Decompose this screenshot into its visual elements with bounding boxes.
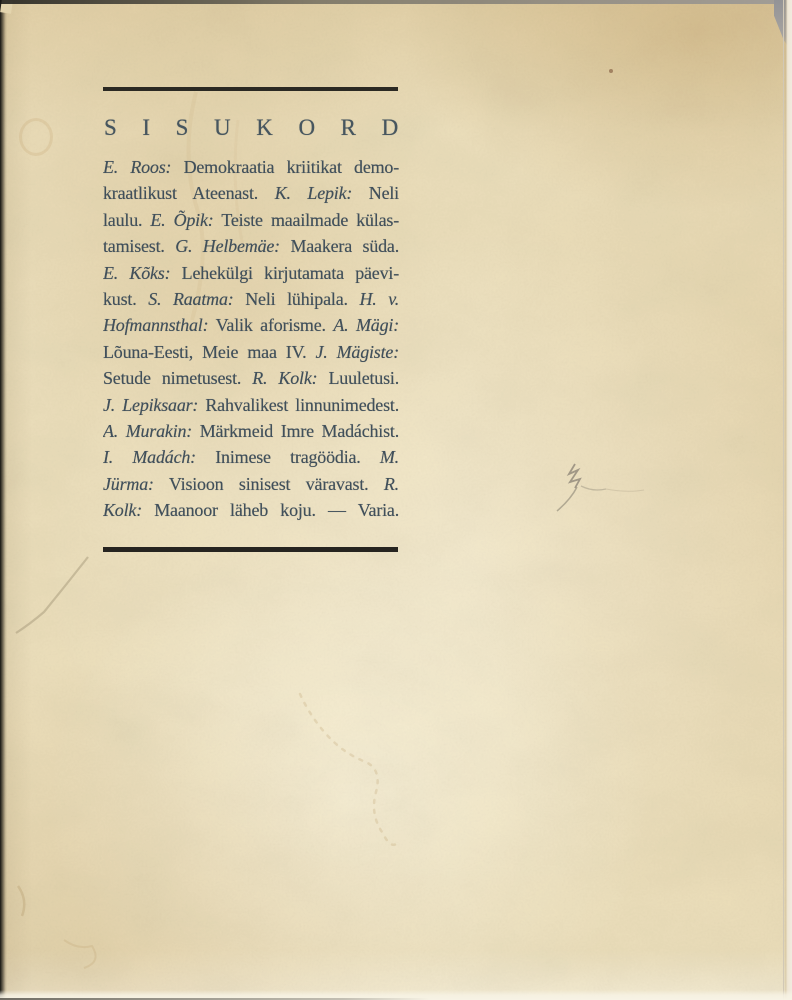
entry-text: Märkmeid Imre Madáchist.: [192, 421, 399, 441]
toc-line: Jürma: Visioon sinisest väravast. R.: [103, 471, 399, 497]
toc-line: Kolk: Maanoor läheb koju. — Varia.: [103, 497, 399, 523]
top-rule: [103, 87, 398, 91]
author-name: A. Mägi:: [333, 315, 399, 335]
entry-text: Lehekülgi kirjutamata päevi-: [170, 263, 399, 283]
fiber-mark: [606, 489, 644, 491]
entry-text: Maanoor läheb koju. — Varia.: [142, 500, 399, 520]
toc-title: SISUKORD: [104, 116, 424, 139]
toc-line: tamisest. G. Helbemäe: Maakera süda.: [103, 233, 399, 259]
fiber-mark: [581, 486, 606, 490]
author-name: A. Murakin:: [103, 421, 192, 441]
entry-text: Neli lühipala.: [234, 289, 360, 309]
entry-text: Rahvalikest linnunimedest.: [198, 395, 399, 415]
author-name: H. v.: [359, 289, 399, 309]
toc-line: E. Kõks: Lehekülgi kirjutamata päevi-: [103, 260, 399, 286]
entry-text: laulu.: [103, 210, 150, 230]
toc-line: laulu. E. Õpik: Teiste maailmade külas-: [103, 207, 399, 233]
entry-text: kraatlikust Ateenast.: [103, 183, 275, 203]
author-name: Hofmannsthal:: [103, 315, 208, 335]
toc-line: E. Roos: Demokraatia kriitikat demo-: [103, 154, 399, 180]
bottom-rule: [103, 547, 398, 552]
crease-stain: [16, 557, 88, 633]
entry-text: Visioon sinisest väravast.: [154, 474, 384, 494]
corner-stain: [18, 886, 24, 916]
author-name: Kolk:: [103, 500, 142, 520]
ink-speck: [609, 69, 613, 73]
author-name: M.: [380, 447, 399, 467]
entry-text: Luuletusi.: [317, 368, 399, 388]
toc-line: I. Madách: Inimese tragöödia. M.: [103, 444, 399, 470]
corner-stain: [64, 940, 96, 968]
toc-line: kraatlikust Ateenast. K. Lepik: Neli: [103, 180, 399, 206]
toc-text: E. Roos: Demokraatia kriitikat demo- kra…: [103, 154, 399, 523]
author-name: R. Kolk:: [252, 368, 317, 388]
toc-line: A. Murakin: Märkmeid Imre Madáchist.: [103, 418, 399, 444]
author-name: G. Helbemäe:: [175, 236, 280, 256]
page-edge-top: [0, 0, 792, 4]
toc-line: kust. S. Raatma: Neli lühipala. H. v.: [103, 286, 399, 312]
entry-text: Lõuna-Eesti, Meie maa IV.: [103, 342, 315, 362]
entry-text: Valik aforisme.: [208, 315, 333, 335]
author-name: S. Raatma:: [148, 289, 233, 309]
author-name: K. Lepik:: [275, 183, 353, 203]
entry-text: Setude nimetusest.: [103, 368, 252, 388]
author-name: Jürma:: [103, 474, 154, 494]
entry-text: kust.: [103, 289, 148, 309]
author-name: J. Lepiksaar:: [103, 395, 198, 415]
ring-stain: [19, 118, 53, 156]
entry-text: tamisest.: [103, 236, 175, 256]
entry-text: Inimese tragöödia.: [196, 447, 380, 467]
toc-line: Hofmannsthal: Valik aforisme. A. Mägi:: [103, 312, 399, 338]
author-name: R.: [384, 474, 399, 494]
fiber-mark: [557, 487, 577, 511]
scanned-book-page: SISUKORD E. Roos: Demokraatia kriitikat …: [0, 0, 792, 1000]
author-name: E. Kõks:: [103, 263, 170, 283]
entry-text: Teiste maailmade külas-: [214, 210, 399, 230]
toc-line: Setude nimetusest. R. Kolk: Luuletusi.: [103, 365, 399, 391]
page-edge-right: [783, 0, 792, 1000]
entry-text: Demokraatia kriitikat demo-: [171, 157, 399, 177]
author-name: I. Madách:: [103, 447, 196, 467]
author-name: E. Roos:: [103, 157, 171, 177]
entry-text: Maakera süda.: [280, 236, 399, 256]
page-edge-left: [0, 0, 7, 1000]
dotted-stain: [300, 694, 396, 845]
author-name: J. Mägiste:: [315, 342, 399, 362]
toc-line: Lõuna-Eesti, Meie maa IV. J. Mägiste:: [103, 339, 399, 365]
author-name: E. Õpik:: [150, 210, 213, 230]
fiber-mark: [569, 464, 580, 488]
entry-text: Neli: [352, 183, 399, 203]
toc-line: J. Lepiksaar: Rahvalikest linnunimedest.: [103, 392, 399, 418]
